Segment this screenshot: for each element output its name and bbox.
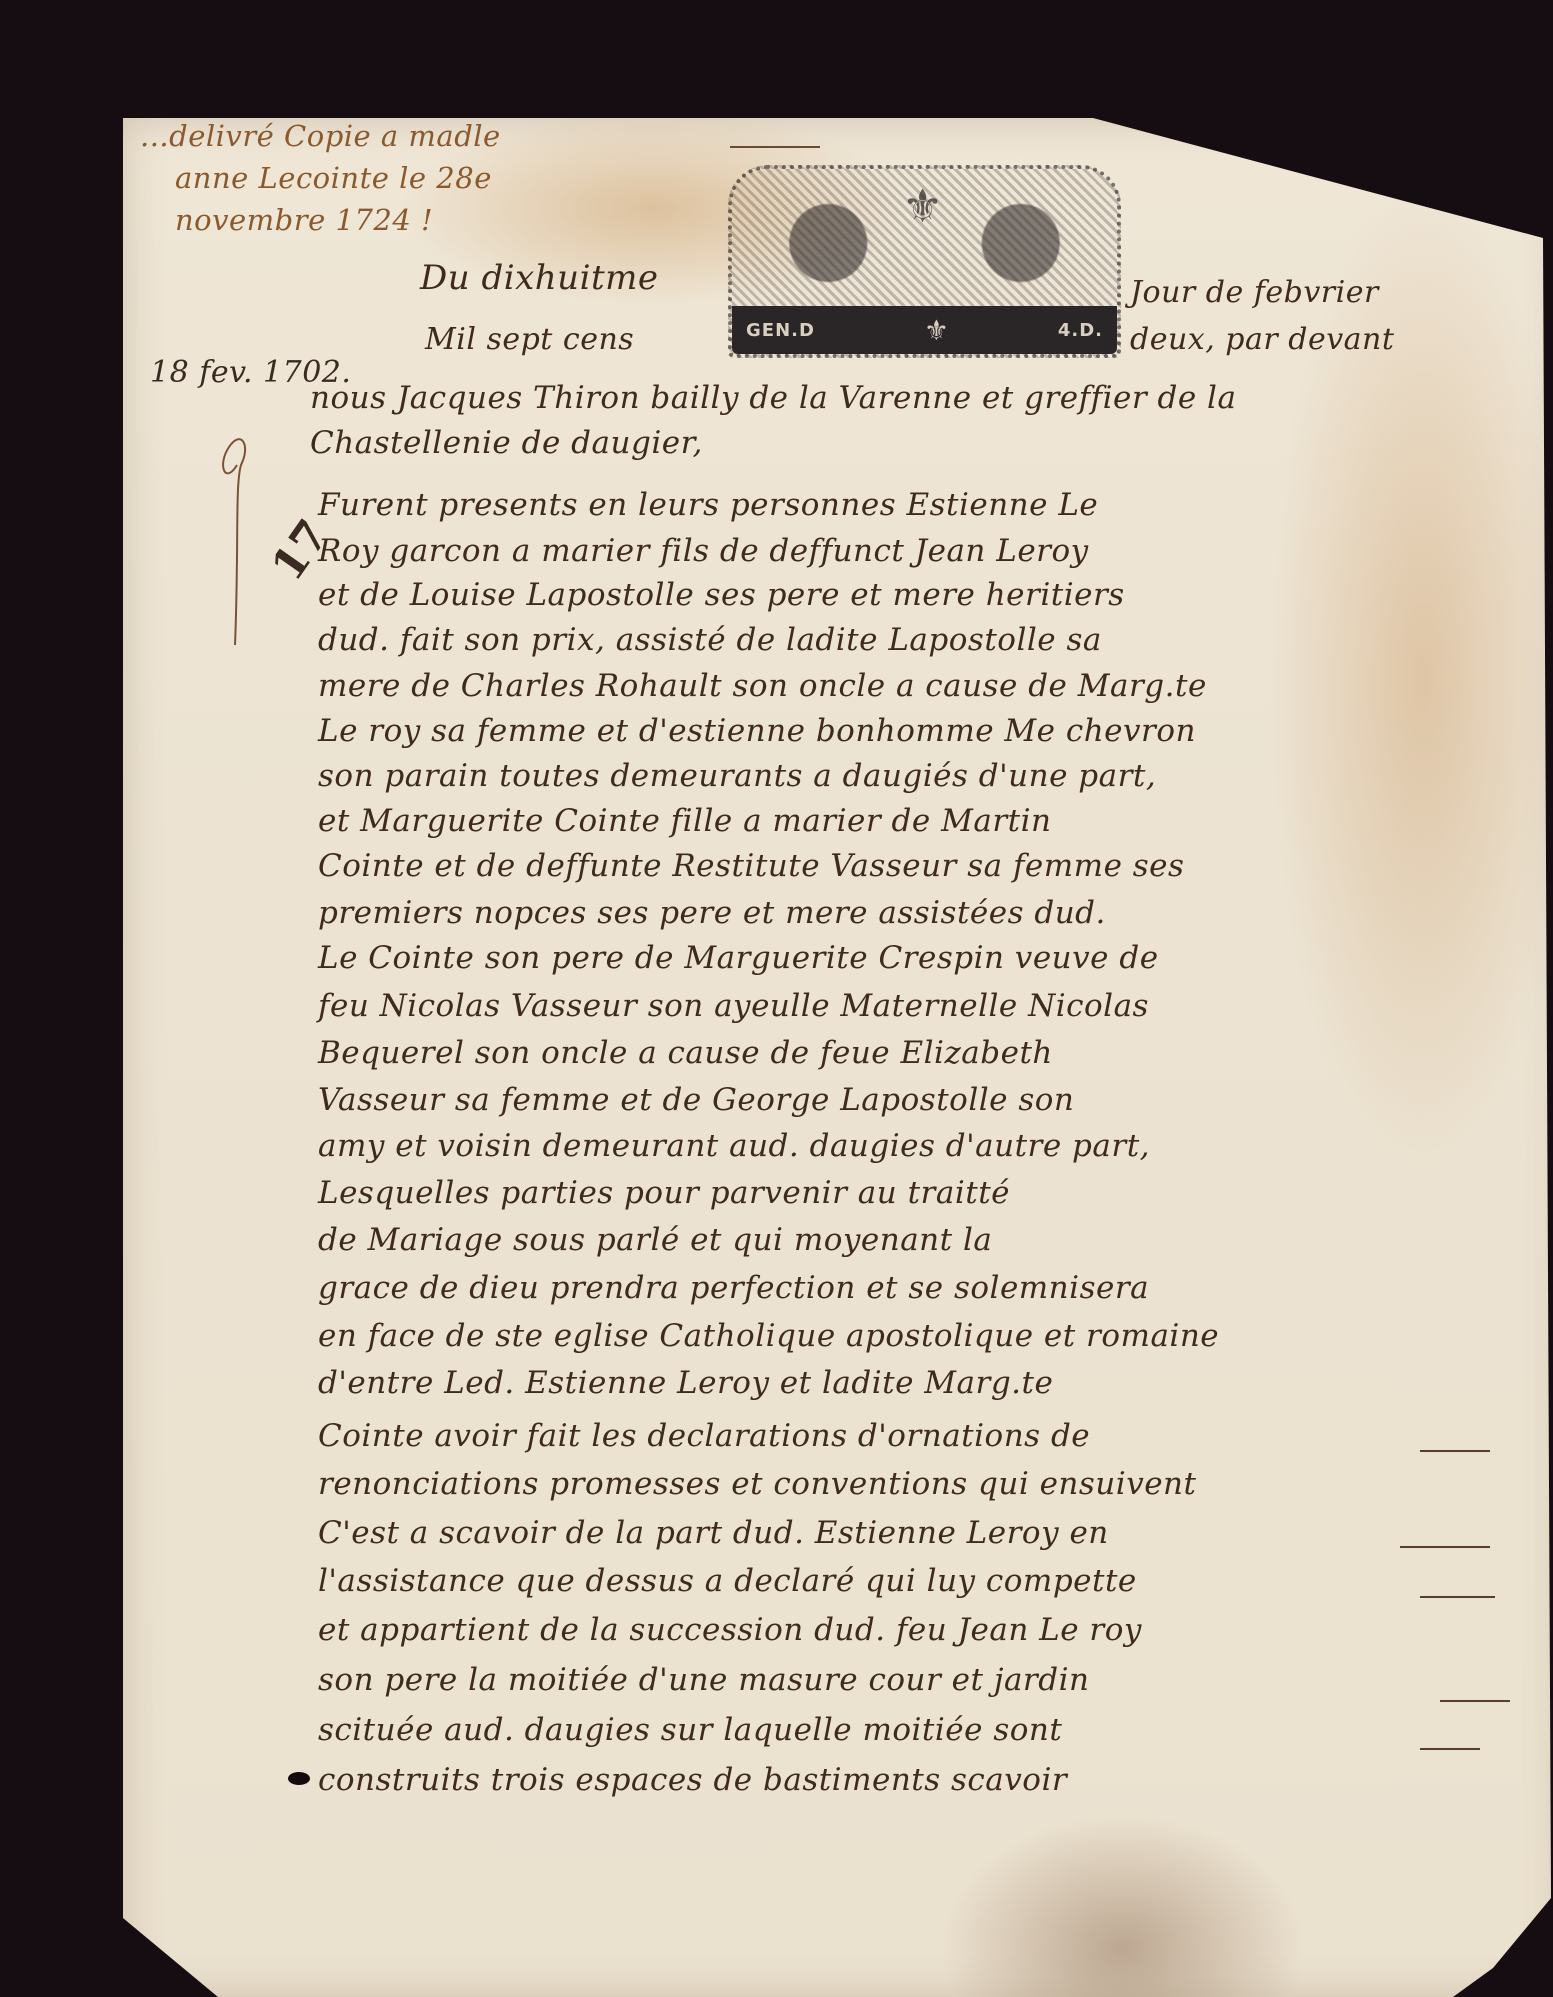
copy-annotation-line-3: novembre 1724 !: [175, 202, 433, 238]
body-line: feu Nicolas Vasseur son ayeulle Maternel…: [318, 988, 1149, 1024]
tax-stamp: ⚜ GEN.D ⚜ 4.D.: [728, 165, 1121, 358]
body-line: C'est a scavoir de la part dud. Estienne…: [318, 1515, 1109, 1551]
stamp-band: GEN.D ⚜ 4.D.: [732, 306, 1117, 354]
line-filler-stroke: [1420, 1450, 1490, 1452]
body-line: l'assistance que dessus a declaré qui lu…: [318, 1563, 1137, 1599]
copy-annotation-line-2: anne Lecointe le 28e: [175, 160, 492, 196]
body-line: et de Louise Lapostolle ses pere et mere…: [318, 577, 1125, 613]
body-line: construits trois espaces de bastiments s…: [318, 1762, 1067, 1798]
stamp-right-text: 4.D.: [1058, 320, 1103, 341]
line-filler-stroke: [1420, 1748, 1480, 1750]
paper-hole: [288, 1772, 310, 1785]
body-line: mere de Charles Rohault son oncle a caus…: [318, 668, 1207, 704]
line-filler-stroke: [1400, 1546, 1490, 1548]
body-line: son parain toutes demeurants a daugiés d…: [318, 758, 1156, 794]
copy-annotation-line-1: ...delivré Copie a madle: [140, 118, 501, 154]
body-line: Cointe avoir fait les declarations d'orn…: [318, 1418, 1090, 1454]
body-line: et Marguerite Cointe fille a marier de M…: [318, 803, 1051, 839]
body-line: Lesquelles parties pour parvenir au trai…: [318, 1175, 1010, 1211]
body-line: scituée aud. daugies sur laquelle moitié…: [318, 1712, 1062, 1748]
body-line: d'entre Led. Estienne Leroy et ladite Ma…: [318, 1365, 1053, 1401]
body-line: dud. fait son prix, assisté de ladite La…: [318, 622, 1102, 658]
line-filler-stroke: [1420, 1596, 1495, 1598]
body-line: nous Jacques Thiron bailly de la Varenne…: [310, 380, 1236, 416]
body-line: premiers nopces ses pere et mere assisté…: [318, 895, 1106, 931]
body-line: son pere la moitiée d'une masure cour et…: [318, 1662, 1089, 1698]
body-line: Cointe et de deffunte Restitute Vasseur …: [318, 848, 1184, 884]
body-line: amy et voisin demeurant aud. daugies d'a…: [318, 1128, 1150, 1164]
body-line: en face de ste eglise Catholique apostol…: [318, 1318, 1219, 1354]
body-line: Le Cointe son pere de Marguerite Crespin…: [318, 940, 1159, 976]
dash-mark: [730, 146, 820, 148]
fleur-de-lis-icon: ⚜: [902, 179, 943, 233]
body-line: et appartient de la succession dud. feu …: [318, 1612, 1142, 1648]
scanned-page: ...delivré Copie a madle anne Lecointe l…: [0, 0, 1553, 1997]
body-line: de Mariage sous parlé et qui moyenant la: [318, 1222, 992, 1258]
body-line: renonciations promesses et conventions q…: [318, 1466, 1196, 1502]
heading-line-2-right: deux, par devant: [1130, 322, 1394, 357]
body-line: Chastellenie de daugier,: [310, 425, 703, 461]
body-line: grace de dieu prendra perfection et se s…: [318, 1270, 1149, 1306]
body-line: Bequerel son oncle a cause de feue Eliza…: [318, 1035, 1053, 1071]
stamp-left-text: GEN.D: [746, 320, 815, 341]
body-line: Furent presents en leurs personnes Estie…: [318, 487, 1098, 523]
fleur-de-lis-icon: ⚜: [924, 314, 949, 347]
margin-flourish-icon: [215, 425, 255, 645]
body-line: Vasseur sa femme et de George Lapostolle…: [318, 1082, 1074, 1118]
heading-line-1-left: Du dixhuitme: [420, 258, 658, 298]
heading-line-2-left: Mil sept cens: [425, 322, 634, 357]
heading-line-1-right: Jour de febvrier: [1130, 275, 1379, 310]
body-line: Le roy sa femme et d'estienne bonhomme M…: [318, 713, 1196, 749]
body-line: Roy garcon a marier fils de deffunct Jea…: [318, 533, 1089, 569]
line-filler-stroke: [1440, 1700, 1510, 1702]
